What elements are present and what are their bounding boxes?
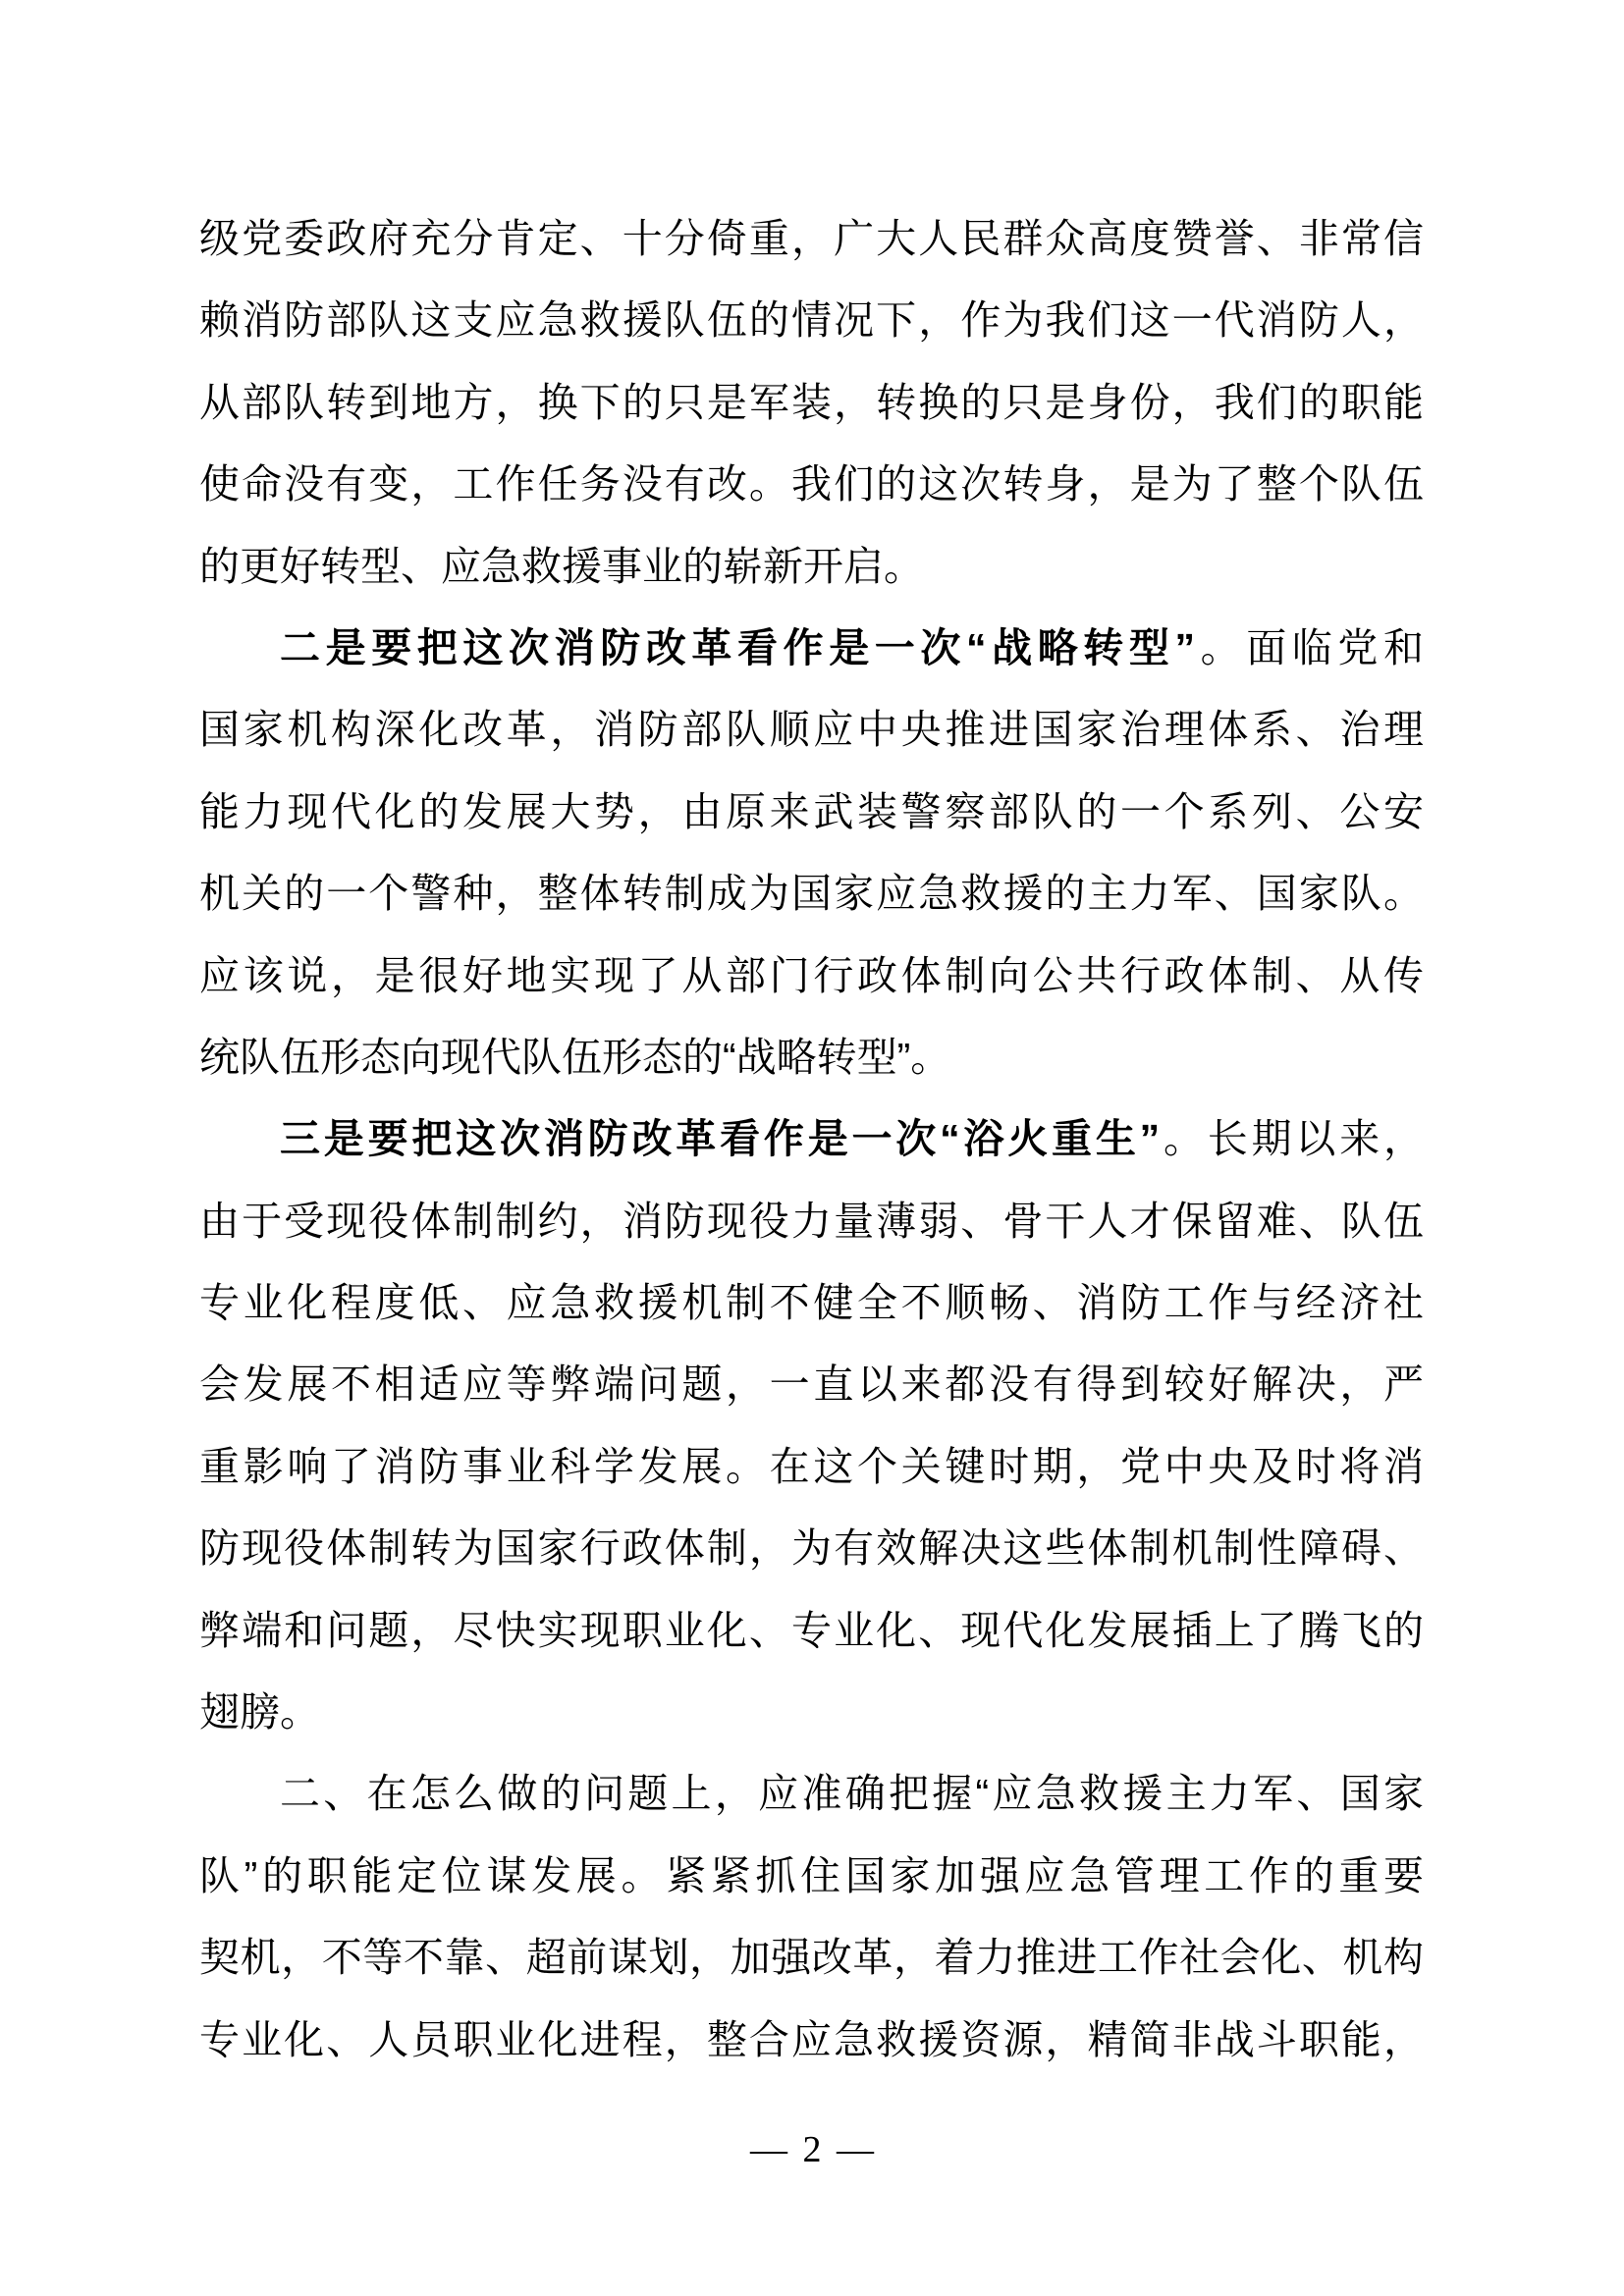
text-line: 应该说，是很好地实现了从部门行政体制向公共行政体制、从传 (199, 935, 1424, 1017)
text-segment: 防现役体制转为国家行政体制，为有效解决这些体制机制性障碍、 (199, 1525, 1424, 1571)
text-line: 契机，不等不靠、超前谋划，加强改革，着力推进工作社会化、机构 (199, 1917, 1424, 1999)
text-segment: 会发展不相适应等弊端问题，一直以来都没有得到较好解决，严 (199, 1362, 1424, 1407)
text-segment: 。长期以来， (1160, 1116, 1424, 1161)
text-segment: 使命没有变，工作任务没有改。我们的这次转身，是为了整个队伍 (199, 461, 1424, 507)
heading-segment: 三是要把这次消防改革看作是一次“浴火重生” (280, 1116, 1160, 1161)
text-segment: 专业化、人员职业化进程，整合应急救援资源，精简非战斗职能， (199, 2017, 1424, 2062)
text-line: 从部队转到地方，换下的只是军装，转换的只是身份，我们的职能 (199, 362, 1424, 444)
text-segment: 能力现代化的发展大势，由原来武装警察部队的一个系列、公安 (199, 789, 1424, 834)
text-line: 队”的职能定位谋发展。紧紧抓住国家加强应急管理工作的重要 (199, 1836, 1424, 1917)
document-page: 级党委政府充分肯定、十分倚重，广大人民群众高度赞誉、非常信赖消防部队这支应急救援… (0, 0, 1624, 2296)
text-segment: 赖消防部队这支应急救援队伍的情况下，作为我们这一代消防人， (199, 297, 1424, 343)
text-segment: 统队伍形态向现代队伍形态的“战略转型”。 (199, 1035, 950, 1080)
text-segment: 弊端和问题，尽快实现职业化、专业化、现代化发展插上了腾飞的 (199, 1608, 1424, 1653)
text-line: 专业化、人员职业化进程，整合应急救援资源，精简非战斗职能， (199, 2000, 1424, 2081)
text-line: 的更好转型、应急救援事业的崭新开启。 (199, 526, 1424, 608)
text-segment: 专业化程度低、应急救援机制不健全不顺畅、消防工作与经济社 (199, 1280, 1424, 1325)
text-line: 级党委政府充分肯定、十分倚重，广大人民群众高度赞誉、非常信 (199, 198, 1424, 280)
text-line: 专业化程度低、应急救援机制不健全不顺畅、消防工作与经济社 (199, 1262, 1424, 1344)
text-line: 赖消防部队这支应急救援队伍的情况下，作为我们这一代消防人， (199, 280, 1424, 361)
text-line: 二、在怎么做的问题上，应准确把握“应急救援主力军、国家 (199, 1753, 1424, 1835)
text-segment: 的更好转型、应急救援事业的崭新开启。 (199, 544, 924, 589)
text-line: 弊端和问题，尽快实现职业化、专业化、现代化发展插上了腾飞的 (199, 1590, 1424, 1672)
text-line: 机关的一个警种，整体转制成为国家应急救援的主力军、国家队。 (199, 853, 1424, 934)
text-line: 能力现代化的发展大势，由原来武装警察部队的一个系列、公安 (199, 772, 1424, 853)
text-segment: 级党委政府充分肯定、十分倚重，广大人民群众高度赞誉、非常信 (199, 216, 1424, 261)
text-line: 由于受现役体制制约，消防现役力量薄弱、骨干人才保留难、队伍 (199, 1181, 1424, 1262)
text-line: 会发展不相适应等弊端问题，一直以来都没有得到较好解决，严 (199, 1344, 1424, 1425)
text-block: 级党委政府充分肯定、十分倚重，广大人民群众高度赞誉、非常信赖消防部队这支应急救援… (199, 198, 1424, 2081)
text-line: 重影响了消防事业科学发展。在这个关键时期，党中央及时将消 (199, 1426, 1424, 1508)
text-segment: 重影响了消防事业科学发展。在这个关键时期，党中央及时将消 (199, 1444, 1424, 1489)
text-line: 使命没有变，工作任务没有改。我们的这次转身，是为了整个队伍 (199, 444, 1424, 525)
text-segment: 由于受现役体制制约，消防现役力量薄弱、骨干人才保留难、队伍 (199, 1199, 1424, 1244)
text-segment: 契机，不等不靠、超前谋划，加强改革，着力推进工作社会化、机构 (199, 1935, 1424, 1980)
text-segment: 。面临党和 (1195, 625, 1424, 670)
text-line: 统队伍形态向现代队伍形态的“战略转型”。 (199, 1017, 1424, 1098)
text-line: 翅膀。 (199, 1672, 1424, 1753)
text-segment: 二、在怎么做的问题上，应准确把握“应急救援主力军、国家 (280, 1771, 1424, 1816)
text-line: 三是要把这次消防改革看作是一次“浴火重生”。长期以来， (199, 1098, 1424, 1180)
page-number: — 2 — (750, 2129, 874, 2170)
text-segment: 机关的一个警种，整体转制成为国家应急救援的主力军、国家队。 (199, 871, 1424, 916)
text-segment: 应该说，是很好地实现了从部门行政体制向公共行政体制、从传 (199, 953, 1424, 998)
page-footer: — 2 — (0, 2128, 1624, 2171)
text-line: 防现役体制转为国家行政体制，为有效解决这些体制机制性障碍、 (199, 1508, 1424, 1589)
text-segment: 队”的职能定位谋发展。紧紧抓住国家加强应急管理工作的重要 (199, 1853, 1424, 1898)
text-line: 二是要把这次消防改革看作是一次“战略转型”。面临党和 (199, 608, 1424, 689)
text-segment: 从部队转到地方，换下的只是军装，转换的只是身份，我们的职能 (199, 380, 1424, 425)
text-segment: 翅膀。 (199, 1689, 320, 1735)
heading-segment: 二是要把这次消防改革看作是一次“战略转型” (280, 625, 1195, 670)
text-segment: 国家机构深化改革，消防部队顺应中央推进国家治理体系、治理 (199, 707, 1424, 752)
text-line: 国家机构深化改革，消防部队顺应中央推进国家治理体系、治理 (199, 689, 1424, 771)
